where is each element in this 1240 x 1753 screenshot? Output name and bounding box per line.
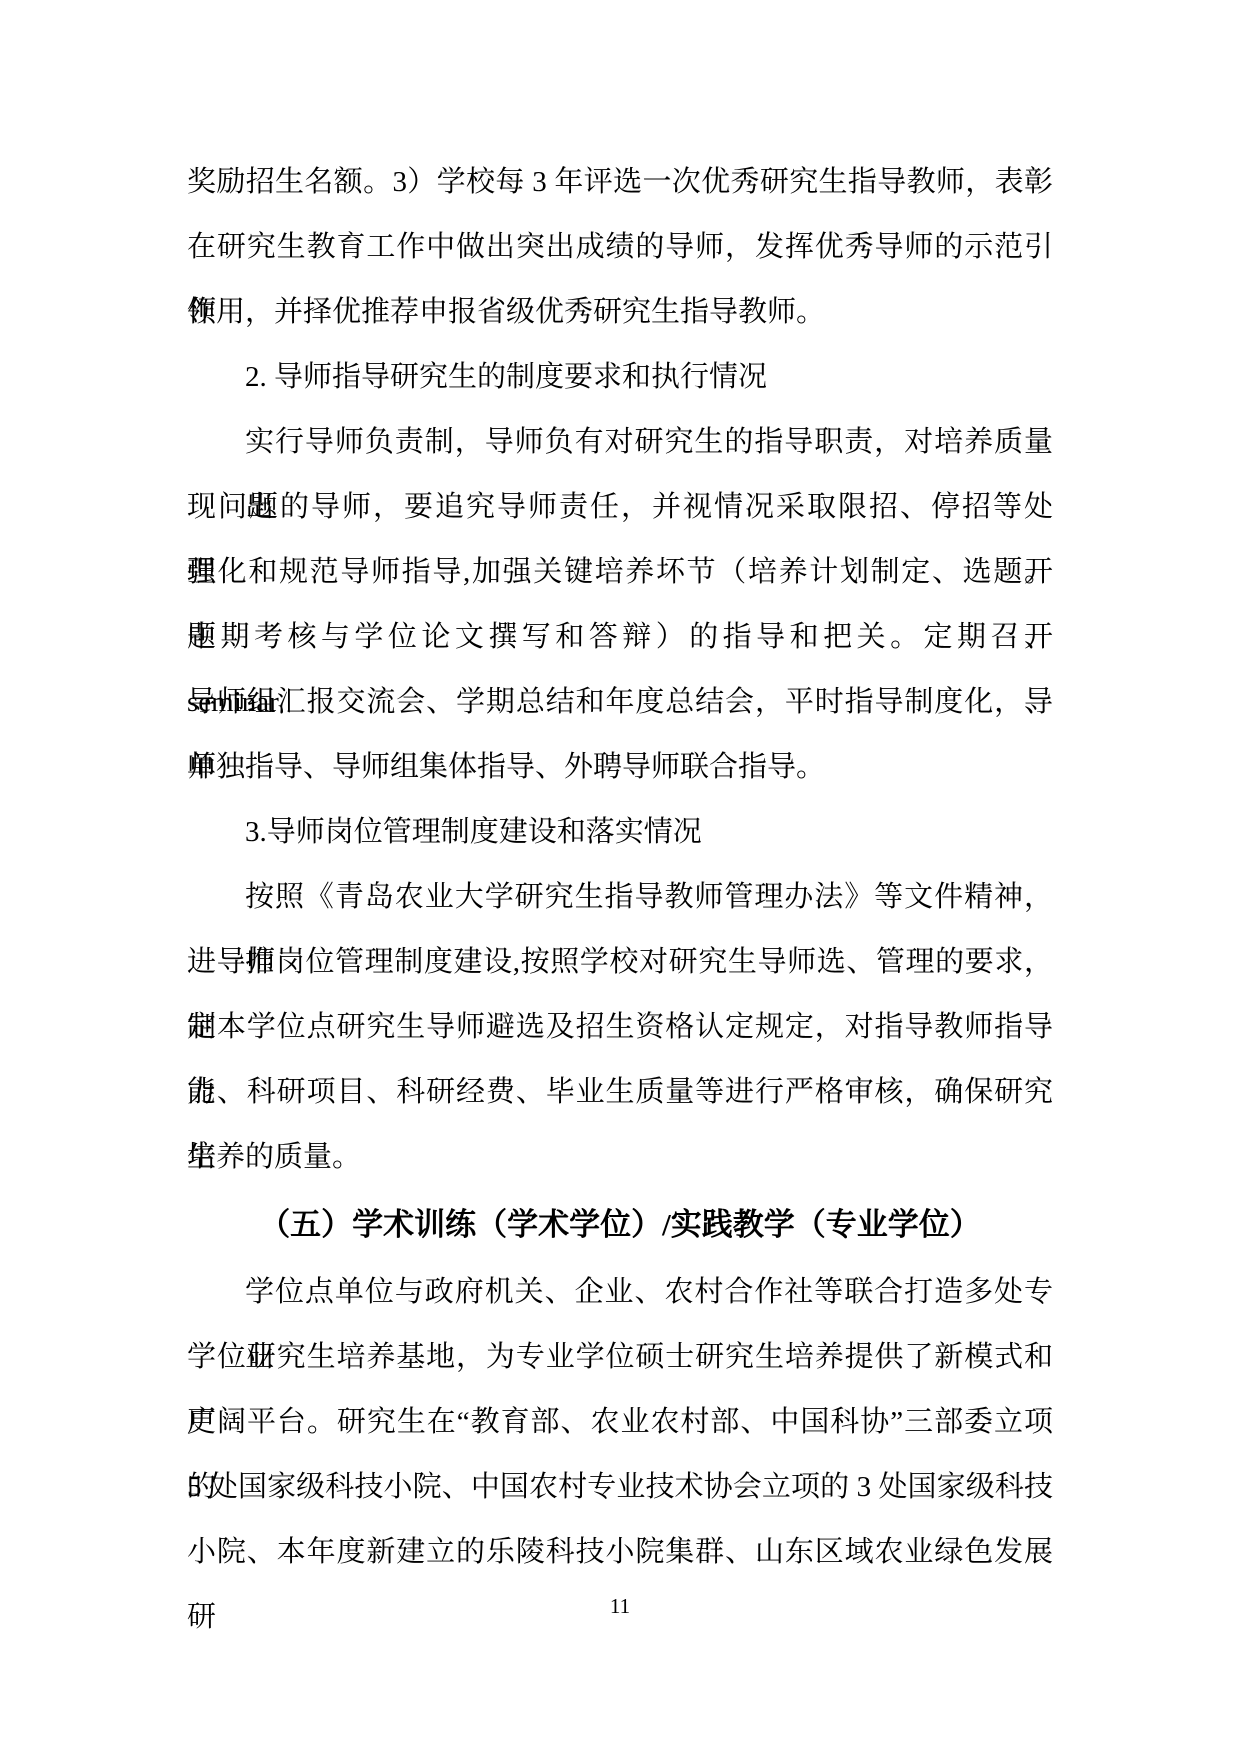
document-body: 奖励招生名额。3）学校每 3 年评选一次优秀研究生指导教师，表彰在研究生教育工作… xyxy=(187,150,1053,1585)
text-line: 学位点单位与政府机关、企业、农村合作社等联合打造多处专业 xyxy=(187,1260,1053,1325)
text-line: 中期考核与学位论文撰写和答辩）的指导和把关。定期召开 seminar、 xyxy=(187,605,1053,670)
text-line: 小院、本年度新建立的乐陵科技小院集群、山东区域农业绿色发展研 xyxy=(187,1520,1053,1585)
text-line: 导师组汇报交流会、学期总结和年度总结会，平时指导制度化，导师 xyxy=(187,670,1053,735)
text-line: 奖励招生名额。3）学校每 3 年评选一次优秀研究生指导教师，表彰 xyxy=(187,150,1053,215)
text-line: 培养的质量。 xyxy=(187,1125,1053,1190)
text-line: 作用，并择优推荐申报省级优秀研究生指导教师。 xyxy=(187,280,1053,345)
text-line: 强化和规范导师指导,加强关键培养坏节（培养计划制定、选题开题、 xyxy=(187,540,1053,605)
text-line: 2. 导师指导研究生的制度要求和执行情况 xyxy=(187,345,1053,410)
text-line: 现问题的导师，要追究导师责任，并视情况采取限招、停招等处理。 xyxy=(187,475,1053,540)
text-line: 在研究生教育工作中做出突出成绩的导师，发挥优秀导师的示范引领 xyxy=(187,215,1053,280)
document-page: 奖励招生名额。3）学校每 3 年评选一次优秀研究生指导教师，表彰在研究生教育工作… xyxy=(0,0,1240,1753)
text-line: 3.导师岗位管理制度建设和落实情况 xyxy=(187,800,1053,865)
page-number: 11 xyxy=(0,1586,1240,1626)
text-line: 广阔平台。研究生在“教育部、农业农村部、中国科协”三部委立项的 xyxy=(187,1390,1053,1455)
text-line: 进导师岗位管理制度建设,按照学校对研究生导师选、管理的要求，制 xyxy=(187,930,1053,995)
text-line: 力、科研项目、科研经费、毕业生质量等进行严格审核，确保研究生 xyxy=(187,1060,1053,1125)
text-line: 学位研究生培养基地，为专业学位硕士研究生培养提供了新模式和更 xyxy=(187,1325,1053,1390)
text-line: 定本学位点研究生导师避选及招生资格认定规定，对指导教师指导能 xyxy=(187,995,1053,1060)
text-line: 实行导师负责制，导师负有对研究生的指导职责，对培养质量出 xyxy=(187,410,1053,475)
section-heading: （五）学术训练（学术学位）/实践教学（专业学位） xyxy=(187,1190,1053,1260)
text-line: 5 处国家级科技小院、中国农村专业技术协会立项的 3 处国家级科技 xyxy=(187,1455,1053,1520)
text-line: 单独指导、导师组集体指导、外聘导师联合指导。 xyxy=(187,735,1053,800)
text-line: 按照《青岛农业大学研究生指导教师管理办法》等文件精神，推 xyxy=(187,865,1053,930)
